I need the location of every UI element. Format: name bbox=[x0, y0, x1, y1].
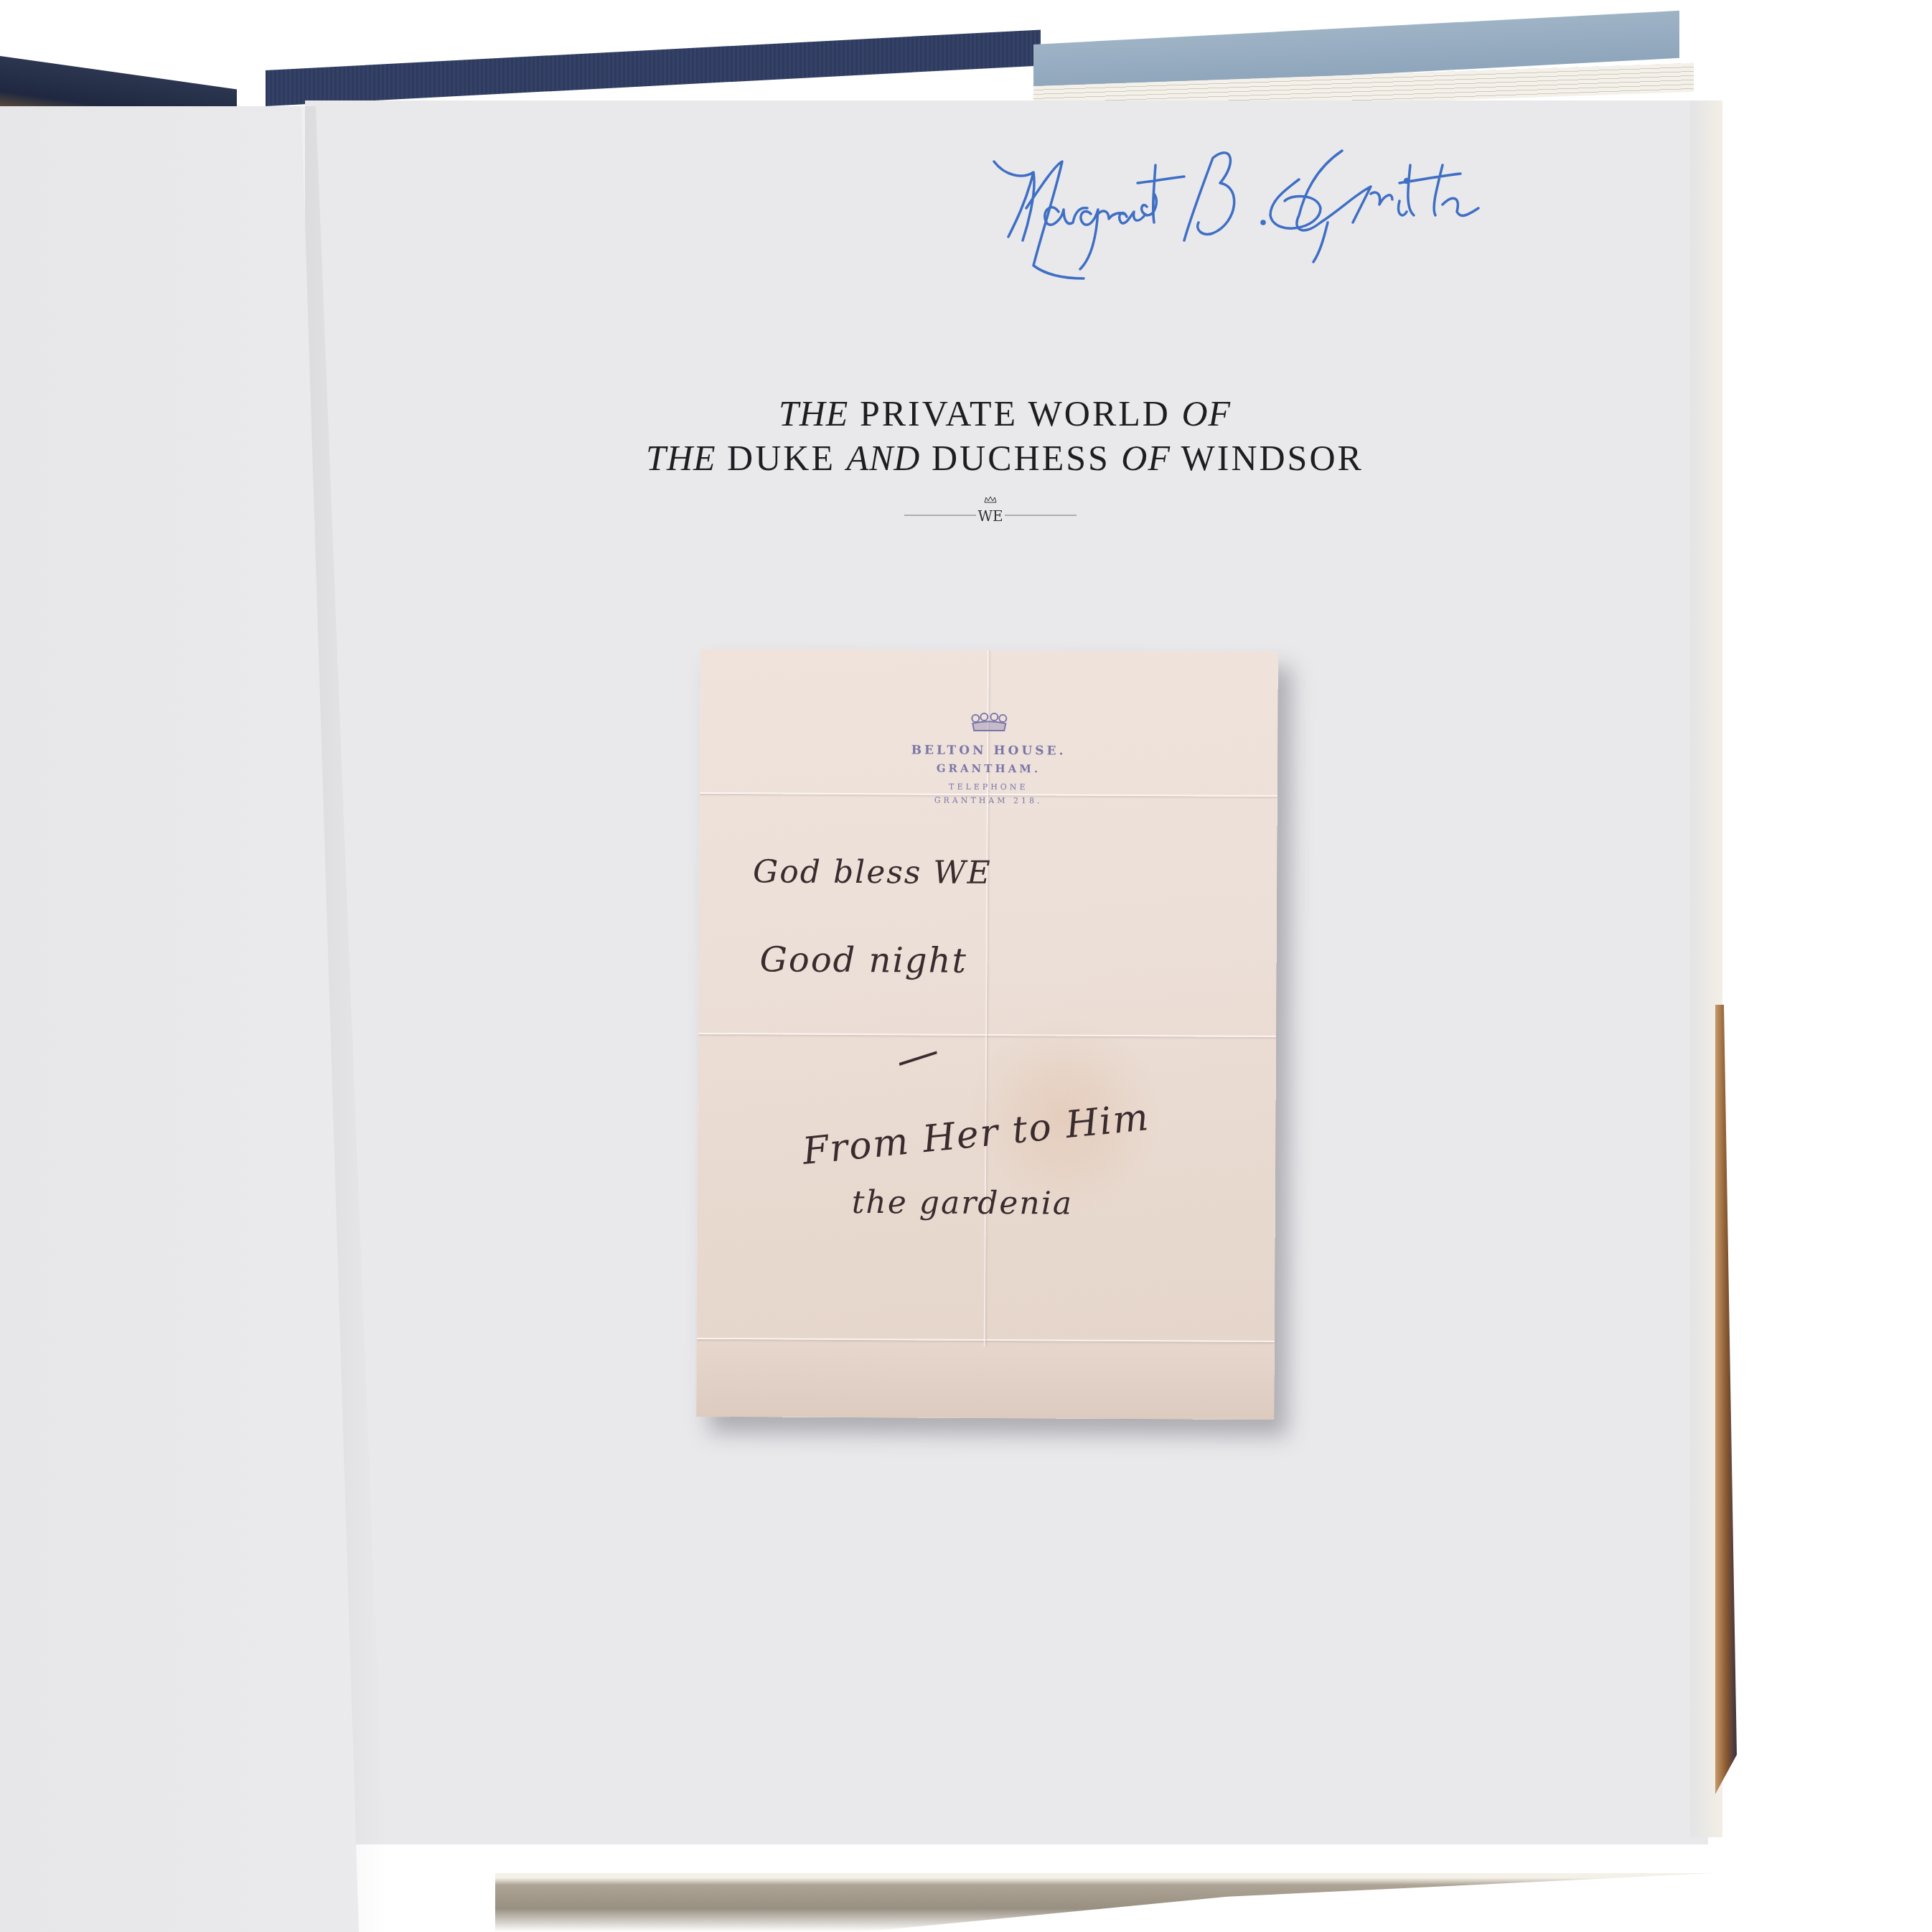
title-word: PRIVATE WORLD bbox=[848, 393, 1181, 433]
handwritten-note-photo: BELTON HOUSE. GRANTHAM. TELEPHONE GRANTH… bbox=[696, 649, 1278, 1420]
title-line-1: THE PRIVATE WORLD OF bbox=[502, 391, 1507, 436]
back-cover-sliver bbox=[1715, 1005, 1737, 1794]
handwritten-line: Good night bbox=[759, 939, 967, 981]
crowned-monogram-icon: WE bbox=[904, 495, 1077, 524]
fold-crease bbox=[697, 1338, 1275, 1342]
svg-text:WE: WE bbox=[977, 507, 1003, 524]
autograph-signature: Margaret B. Smith bbox=[983, 122, 1629, 287]
title-word: THE bbox=[779, 393, 848, 433]
title-line-2: THE DUKE AND DUCHESS OF WINDSOR bbox=[502, 436, 1507, 480]
title-word: DUKE bbox=[716, 438, 847, 478]
handwritten-line: the gardenia bbox=[852, 1184, 1074, 1222]
letterhead-line: GRANTHAM. bbox=[700, 761, 1277, 777]
title-word: OF bbox=[1181, 393, 1231, 433]
title-word: AND bbox=[846, 438, 920, 478]
signature-text: Margaret B. Smith bbox=[983, 122, 1629, 287]
title-word: WINDSOR bbox=[1171, 438, 1364, 478]
folded-bottom-flap bbox=[696, 1345, 1275, 1420]
letterhead-line: TELEPHONE bbox=[700, 781, 1277, 793]
title-word: THE bbox=[646, 438, 716, 478]
book-title: THE PRIVATE WORLD OF THE DUKE AND DUCHES… bbox=[502, 391, 1507, 480]
title-word: DUCHESS bbox=[920, 438, 1121, 478]
letterhead-line: GRANTHAM 218. bbox=[700, 794, 1277, 807]
cloth-spine bbox=[266, 29, 1041, 106]
page-curl-shadow bbox=[495, 1873, 1715, 1932]
handwritten-line: God bless WE bbox=[753, 853, 992, 891]
letterhead-line: BELTON HOUSE. bbox=[700, 742, 1277, 759]
title-word: OF bbox=[1121, 438, 1171, 478]
letterhead: BELTON HOUSE. GRANTHAM. TELEPHONE GRANTH… bbox=[700, 711, 1278, 807]
coronet-icon bbox=[970, 712, 1008, 733]
fold-crease bbox=[698, 1033, 1276, 1037]
